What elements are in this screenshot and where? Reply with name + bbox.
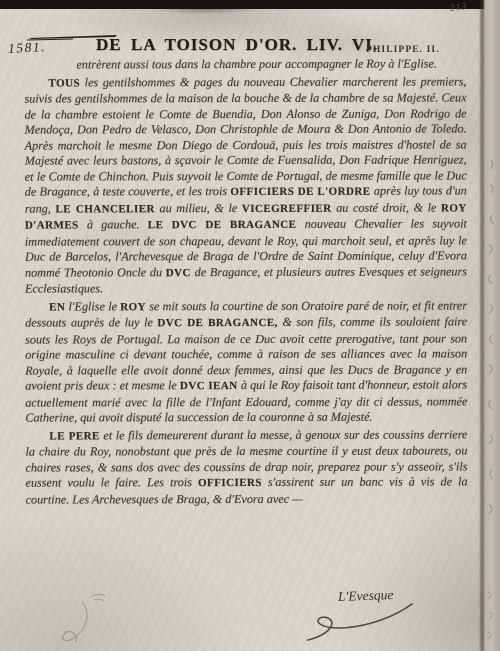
manuscript-paragraph: TOUS les gentilshommes & pages du nouvea… <box>24 74 467 297</box>
emphasized-caps-text: LE CHANCELIER <box>55 203 154 215</box>
folio-number: 213 <box>449 2 467 14</box>
manuscript-page-scan: 213 1581. DE LA TOISON D'OR. LIV. VI. PH… <box>0 0 500 651</box>
emphasized-caps-text: OFFICIERS <box>198 477 262 489</box>
manuscript-body: entrèrent aussi tous dans la chambre pou… <box>24 56 467 507</box>
manuscript-paragraph: EN l'Eglise le ROY se mit souts la court… <box>25 298 467 426</box>
running-head: PHILIPPE. II. <box>366 45 440 55</box>
catchword: L'Evesque <box>338 587 394 605</box>
scan-top-border <box>0 0 500 9</box>
adjacent-page-bleed-marks <box>479 0 500 651</box>
margin-year: 1581. <box>8 39 47 57</box>
emphasized-caps-text: LE DVC DE BRAGANCE <box>148 219 297 231</box>
page-title: DE LA TOISON D'OR. LIV. VI. <box>96 35 386 55</box>
body-text: à gauche. <box>79 217 148 231</box>
emphasized-caps-text: LE PERE <box>49 430 99 442</box>
emphasized-caps-text: OFFICIERS DE L'ORDRE <box>230 186 370 198</box>
continuation-line: entrèrent aussi tous dans la chambre pou… <box>24 56 466 73</box>
emphasized-caps-text: EN <box>49 301 65 313</box>
emphasized-caps-text: DVC <box>166 267 191 279</box>
emphasized-caps-text: DVC IEAN <box>180 380 238 392</box>
manuscript-paragraph: LE PERE et le fils demeurerent durant la… <box>25 427 467 508</box>
emphasized-caps-text: DVC DE BRAGANCE, <box>157 317 277 329</box>
body-text: au costé droit, & le <box>332 200 441 214</box>
body-text: au milieu, & le <box>155 201 242 215</box>
emphasized-caps-text: ROY <box>120 301 146 313</box>
body-text: l'Eglise le <box>65 299 120 313</box>
catchword-flourish <box>300 598 420 648</box>
emphasized-caps-text: TOUS <box>48 77 80 89</box>
book-gutter-edge <box>479 0 500 651</box>
emphasized-caps-text: VICEGREFFIER <box>242 202 332 214</box>
marginal-flourish <box>52 592 122 650</box>
body-text: les gentilshommes & pages du nouveau Che… <box>25 74 467 199</box>
